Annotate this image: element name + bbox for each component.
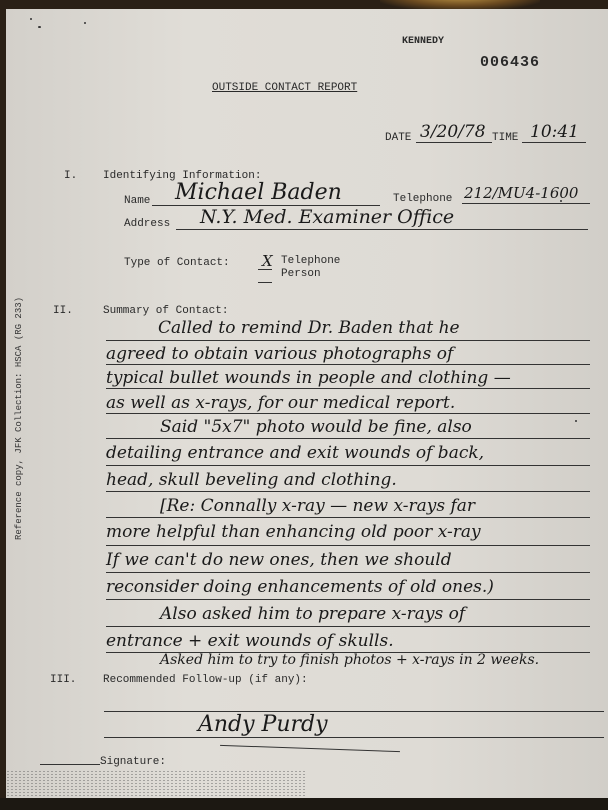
signature-label: Signature:	[100, 756, 166, 768]
address-value: N.Y. Med. Examiner Office	[200, 206, 454, 228]
followup-rule	[104, 711, 604, 712]
summary-rule	[106, 388, 590, 389]
time-value: 10:41	[530, 122, 579, 142]
summary-rule	[106, 545, 590, 546]
telephone-mark[interactable]: X	[262, 252, 273, 270]
date-rule	[416, 142, 492, 143]
summary-rule	[106, 517, 590, 518]
summary-line: reconsider doing enhancements of old one…	[106, 577, 494, 597]
summary-line: detailing entrance and exit wounds of ba…	[106, 443, 484, 463]
section3-heading: Recommended Follow-up (if any):	[103, 674, 308, 686]
summary-line: head, skull beveling and clothing.	[106, 470, 397, 490]
summary-line: typical bullet wounds in people and clot…	[106, 368, 511, 388]
speck	[575, 420, 577, 422]
scan-noise	[6, 770, 306, 798]
section2-numeral: II.	[53, 305, 73, 317]
summary-line: [Re: Connally x-ray — new x-rays far	[160, 496, 475, 516]
section1-numeral: I.	[64, 170, 77, 182]
time-rule	[522, 142, 586, 143]
speck	[38, 26, 41, 28]
collection-label: KENNEDY	[402, 36, 444, 47]
contact-type-label: Type of Contact:	[124, 257, 230, 269]
person-check-rule[interactable]	[258, 282, 272, 283]
summary-rule	[106, 364, 590, 365]
summary-line: as well as x-rays, for our medical repor…	[106, 393, 455, 413]
summary-line: Said "5x7" photo would be fine, also	[160, 417, 472, 437]
section3-numeral: III.	[50, 674, 76, 686]
contact-option-telephone: Telephone	[281, 255, 340, 267]
summary-rule	[106, 572, 590, 573]
date-value: 3/20/78	[420, 122, 486, 142]
speck	[560, 200, 562, 202]
summary-line: more helpful than enhancing old poor x-r…	[106, 522, 481, 542]
telephone-check-rule	[258, 269, 272, 270]
date-label: DATE	[385, 132, 411, 144]
followup-rule	[104, 737, 604, 738]
summary-line: If we can't do new ones, then we should	[106, 550, 452, 570]
signature-lead-rule	[40, 764, 100, 765]
telephone-label: Telephone	[393, 193, 452, 205]
signature-value: Andy Purdy	[198, 712, 328, 737]
summary-rule	[106, 340, 590, 341]
summary-line: Asked him to try to finish photos + x-ra…	[160, 652, 539, 668]
summary-line: entrance + exit wounds of skulls.	[106, 631, 394, 651]
summary-rule	[106, 599, 590, 600]
speck	[30, 18, 32, 20]
telephone-rule	[462, 203, 590, 204]
summary-rule	[106, 626, 590, 627]
contact-option-person: Person	[281, 268, 321, 280]
name-label: Name	[124, 195, 150, 207]
document-number: 006436	[480, 54, 540, 71]
summary-line: agreed to obtain various photographs of	[106, 344, 453, 364]
section2-heading: Summary of Contact:	[103, 305, 228, 317]
summary-rule	[106, 438, 590, 439]
address-label: Address	[124, 218, 170, 230]
summary-rule	[106, 413, 590, 414]
report-title: OUTSIDE CONTACT REPORT	[212, 82, 357, 94]
speck	[84, 22, 86, 24]
reference-note: Reference copy, JFK Collection: HSCA (RG…	[14, 297, 24, 540]
table-edge	[0, 798, 608, 810]
time-label: TIME	[492, 132, 518, 144]
summary-rule	[106, 465, 590, 466]
address-rule	[176, 229, 588, 230]
summary-rule	[106, 491, 590, 492]
summary-line: Called to remind Dr. Baden that he	[158, 318, 460, 338]
name-value: Michael Baden	[175, 180, 342, 205]
summary-line: Also asked him to prepare x-rays of	[160, 604, 465, 624]
